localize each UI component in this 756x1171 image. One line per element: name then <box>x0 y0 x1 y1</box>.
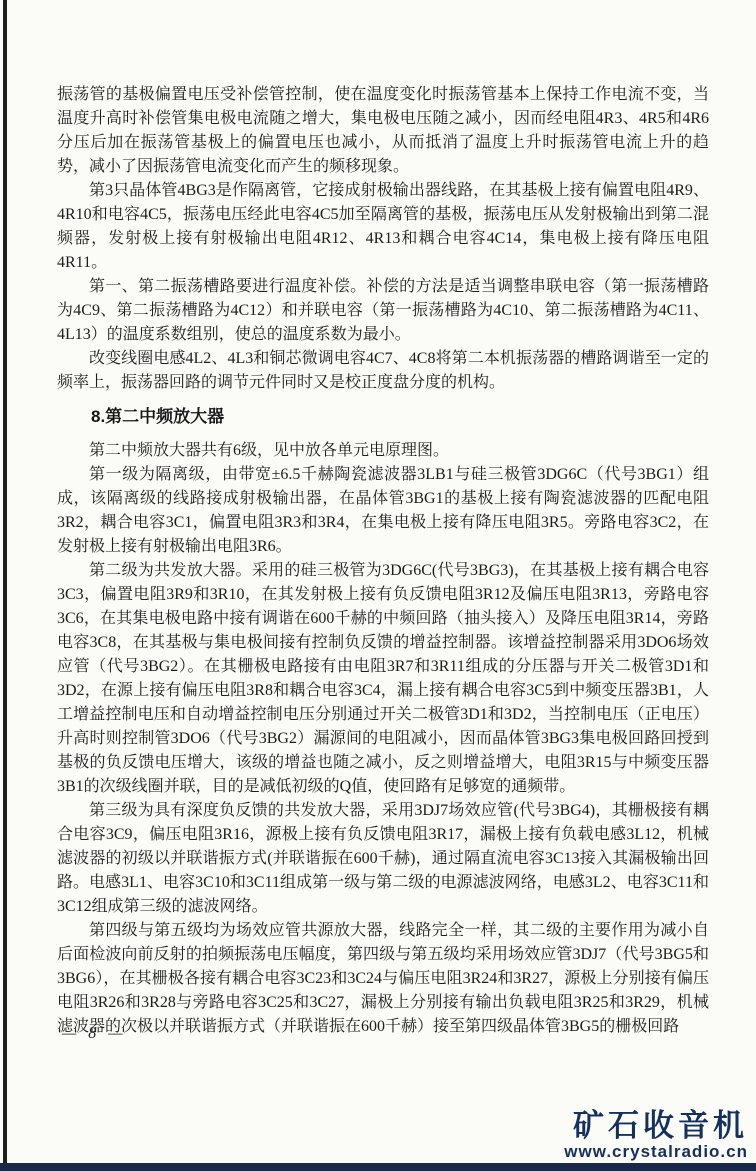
section-heading-second-if-amplifier: 8.第二中频放大器 <box>57 405 709 429</box>
scanned-document-page: 振荡管的基极偏置电压受补偿管控制，使在温度变化时振荡管基本上保持工作电流不变，当… <box>0 0 756 1171</box>
paragraph-stage2-common-emitter: 第二级为共发放大器。采用的硅三极管为3DG6C(代号3BG3)，在其基极上接有耦… <box>57 559 709 799</box>
paragraph-stage4-stage5: 第四级与第五级均为场效应管共源放大器，线路完全一样，其二级的主要作用为减小自后面… <box>57 919 709 1039</box>
crystalradio-logo: 矿石收音机 <box>564 1109 748 1142</box>
body-text: 振荡管的基极偏置电压受补偿管控制，使在温度变化时振荡管基本上保持工作电流不变，当… <box>57 83 709 1039</box>
page-number: — 8 — <box>62 1022 126 1046</box>
paragraph-if-overview: 第二中频放大器共有6级，见中放各单元电原理图。 <box>57 439 709 463</box>
paragraph-isolator-4bg3: 第3只晶体管4BG3是作隔离管，它接成射极输出器线路，在其基极上接有偏置电阻4R… <box>57 179 709 275</box>
watermark-bottom-bar <box>0 1163 756 1171</box>
paragraph-stage1-isolation: 第一级为隔离级，由带宽±6.5千赫陶瓷滤波器3LB1与硅三极管3DG6C（代号3… <box>57 463 709 559</box>
paragraph-temperature-compensation: 第一、第二振荡槽路要进行温度补偿。补偿的方法是适当调整串联电容（第一振荡槽路为4… <box>57 275 709 347</box>
paragraph-stage3-feedback: 第三级为具有深度负反馈的共发放大器，采用3DJ7场效应管(代号3BG4)，其栅极… <box>57 799 709 919</box>
scan-binding-edge <box>3 0 7 1171</box>
paragraph-coil-tuning: 改变线圈电感4L2、4L3和铜芯微调电容4C7、4C8将第二本机振荡器的槽路调谐… <box>57 347 709 395</box>
paragraph-oscillator-compensation: 振荡管的基极偏置电压受补偿管控制，使在温度变化时振荡管基本上保持工作电流不变，当… <box>57 83 709 179</box>
crystalradio-url: www.crystalradio.cn <box>564 1142 748 1161</box>
watermark: 矿石收音机 www.crystalradio.cn <box>564 1109 748 1161</box>
